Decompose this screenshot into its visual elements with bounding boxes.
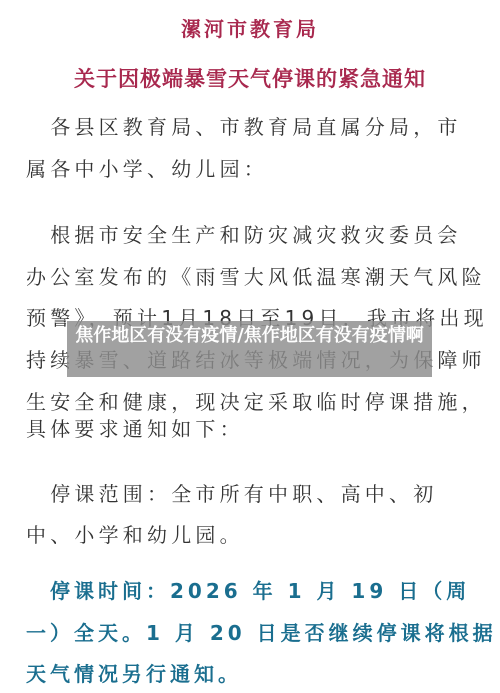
body-line: 根据市安全生产和防灾减灾救灾委员会 xyxy=(26,221,486,249)
body-line: 停课范围：全市所有中职、高中、初 xyxy=(26,480,486,508)
body-line: 各县区教育局、市教育局直属分局，市 xyxy=(26,113,486,141)
body-line: 生安全和健康，现决定采取临时停课措施， xyxy=(26,388,486,416)
highlight-line: 停课时间：2026 年 1 月 19 日（周 xyxy=(26,577,486,605)
body-line: 属各中小学、幼儿园： xyxy=(26,155,486,183)
notice-title: 关于因极端暴雪天气停课的紧急通知 xyxy=(0,63,500,93)
body-line: 具体要求通知如下： xyxy=(26,415,486,443)
highlight-line: 一）全天。1 月 20 日是否继续停课将根据 xyxy=(26,619,486,647)
issuer-heading: 漯河市教育局 xyxy=(0,13,500,42)
caption-text: 焦作地区有没有疫情/焦作地区有没有疫情啊 xyxy=(67,322,432,349)
body-line: 中、小学和幼儿园。 xyxy=(26,521,486,549)
highlight-line: 天气情况另行通知。 xyxy=(26,660,486,688)
body-line: 办公室发布的《雨雪大风低温寒潮天气风险 xyxy=(26,263,486,291)
